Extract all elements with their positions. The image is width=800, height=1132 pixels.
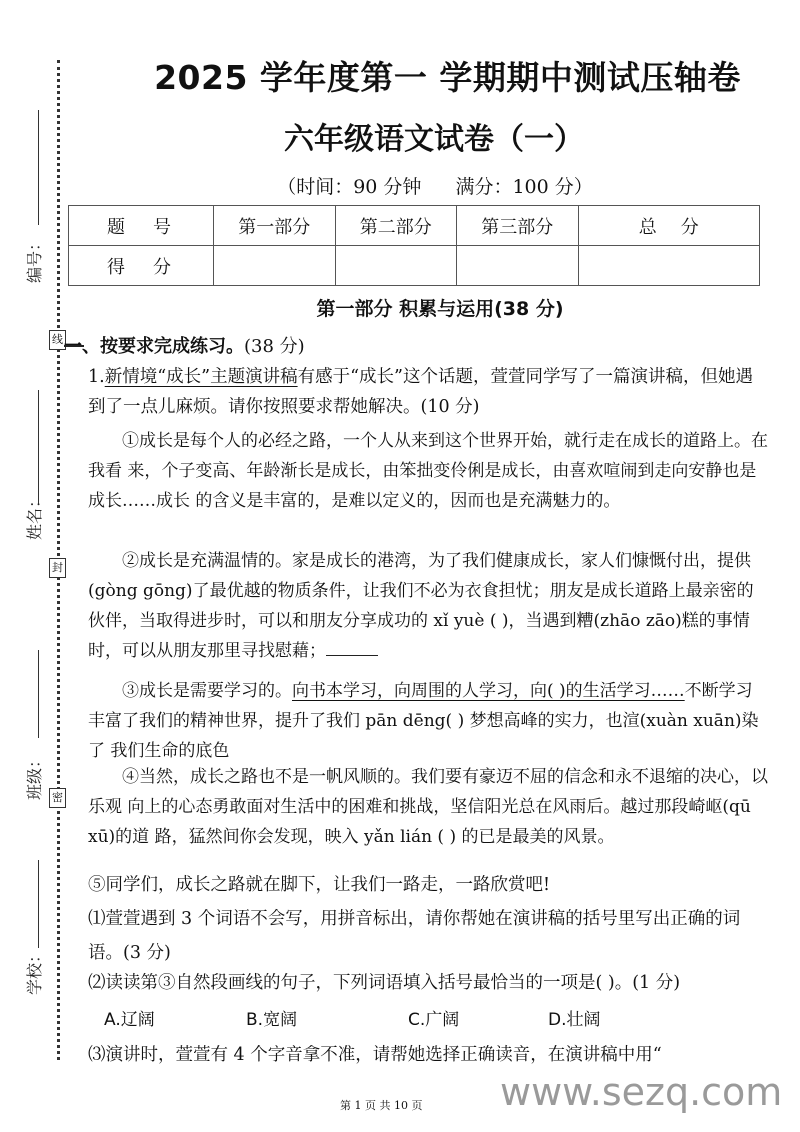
q1-topic: 新情境“成长”主题演讲稿	[105, 367, 298, 387]
page-number: 第 1 页 共 10 页	[340, 1097, 422, 1113]
sub-question-1: ⑴萱萱遇到 3 个词语不会写，用拼音标出，请你帮她在演讲稿的括号里写出正确的词语…	[88, 902, 768, 970]
exam-time: （时间：90 分钟	[277, 176, 421, 198]
score-table-score-row: 得分	[69, 246, 760, 286]
watermark: www.sezq.com	[500, 1070, 782, 1114]
score-cell-part3[interactable]	[457, 246, 579, 286]
score-table-header-row: 题号 第一部分 第二部分 第三部分 总分	[69, 206, 760, 246]
option-d[interactable]: D.壮阔	[548, 1005, 601, 1030]
exam-full-score: 满分：100 分）	[455, 176, 592, 198]
score-cell-part2[interactable]	[335, 246, 457, 286]
name-field-label: 姓名：	[22, 492, 45, 540]
seal-secret-mark: 密	[49, 788, 66, 808]
sub-question-2: ⑵读读第③自然段画线的句子，下列词语填入括号最恰当的一项是( )。(1 分)	[88, 968, 768, 998]
paragraph-2-text: ②成长是充满温情的。家是成长的港湾，为了我们健康成长，家人们慷慨付出，提供(gò…	[88, 551, 754, 661]
score-row-label: 得分	[69, 246, 214, 286]
class-field-line[interactable]	[38, 650, 39, 738]
score-cell-part1[interactable]	[214, 246, 336, 286]
header-cell-part3: 第三部分	[457, 206, 579, 246]
option-a[interactable]: A.辽阔	[104, 1005, 246, 1030]
option-b[interactable]: B.宽阔	[246, 1005, 408, 1030]
exam-subtitle: 六年级语文试卷（一）	[0, 114, 800, 158]
exam-title: 2025 学年度第一 学期期中测试压轴卷	[0, 52, 800, 99]
name-field-line[interactable]	[38, 390, 39, 505]
seal-seal-mark: 封	[49, 558, 66, 578]
part1-title: 第一部分 积累与运用(38 分)	[0, 294, 800, 321]
section1-heading-text: 一、按要求完成练习。	[64, 336, 244, 357]
paragraph-3: ③成长是需要学习的。向书本学习，向周围的人学习，向( )的生活学习……不断学习 …	[88, 676, 768, 766]
header-cell-total: 总分	[578, 206, 759, 246]
score-table: 题号 第一部分 第二部分 第三部分 总分 得分	[68, 205, 760, 286]
exam-meta: （时间：90 分钟 满分：100 分）	[0, 172, 800, 199]
sub-question-2-options: A.辽阔B.宽阔C.广阔D.壮阔	[104, 1005, 601, 1030]
section1-score: (38 分)	[244, 336, 305, 357]
id-field-label: 编号：	[22, 235, 45, 283]
paragraph-3-start: ③成长是需要学习的。	[122, 681, 292, 701]
paragraph-2: ②成长是充满温情的。家是成长的港湾，为了我们健康成长，家人们慷慨付出，提供(gò…	[88, 546, 768, 666]
paragraph-5: ⑤同学们，成长之路就在脚下，让我们一路走，一路欣赏吧!	[88, 870, 768, 900]
score-cell-total[interactable]	[578, 246, 759, 286]
header-cell-question-no: 题号	[69, 206, 214, 246]
school-field-label: 学校：	[22, 947, 45, 995]
sub-question-3: ⑶演讲时，萱萱有 4 个字音拿不准，请帮她选择正确读音，在演讲稿中用“	[88, 1040, 768, 1070]
school-field-line[interactable]	[38, 860, 39, 948]
header-cell-part1: 第一部分	[214, 206, 336, 246]
option-c[interactable]: C.广阔	[408, 1005, 548, 1030]
paragraph-3-underlined-sentence: 向书本学习，向周围的人学习，向( )的生活学习……	[292, 681, 685, 701]
q1-intro: 1.新情境“成长”主题演讲稿有感于“成长”这个话题，萱萱同学写了一篇演讲稿，但她…	[88, 362, 768, 422]
header-cell-part2: 第二部分	[335, 206, 457, 246]
paragraph-2-answer-blank[interactable]	[326, 641, 378, 656]
paragraph-4: ④当然，成长之路也不是一帆风顺的。我们要有豪迈不屈的信念和永不退缩的决心，以乐观…	[88, 762, 768, 852]
paragraph-1: ①成长是每个人的必经之路，一个人从来到这个世界开始，就行走在成长的道路上。在我看…	[88, 426, 768, 516]
q1-number: 1.	[88, 367, 105, 387]
class-field-label: 班级：	[22, 752, 45, 800]
section1-heading: 一、按要求完成练习。(38 分)	[64, 332, 305, 358]
